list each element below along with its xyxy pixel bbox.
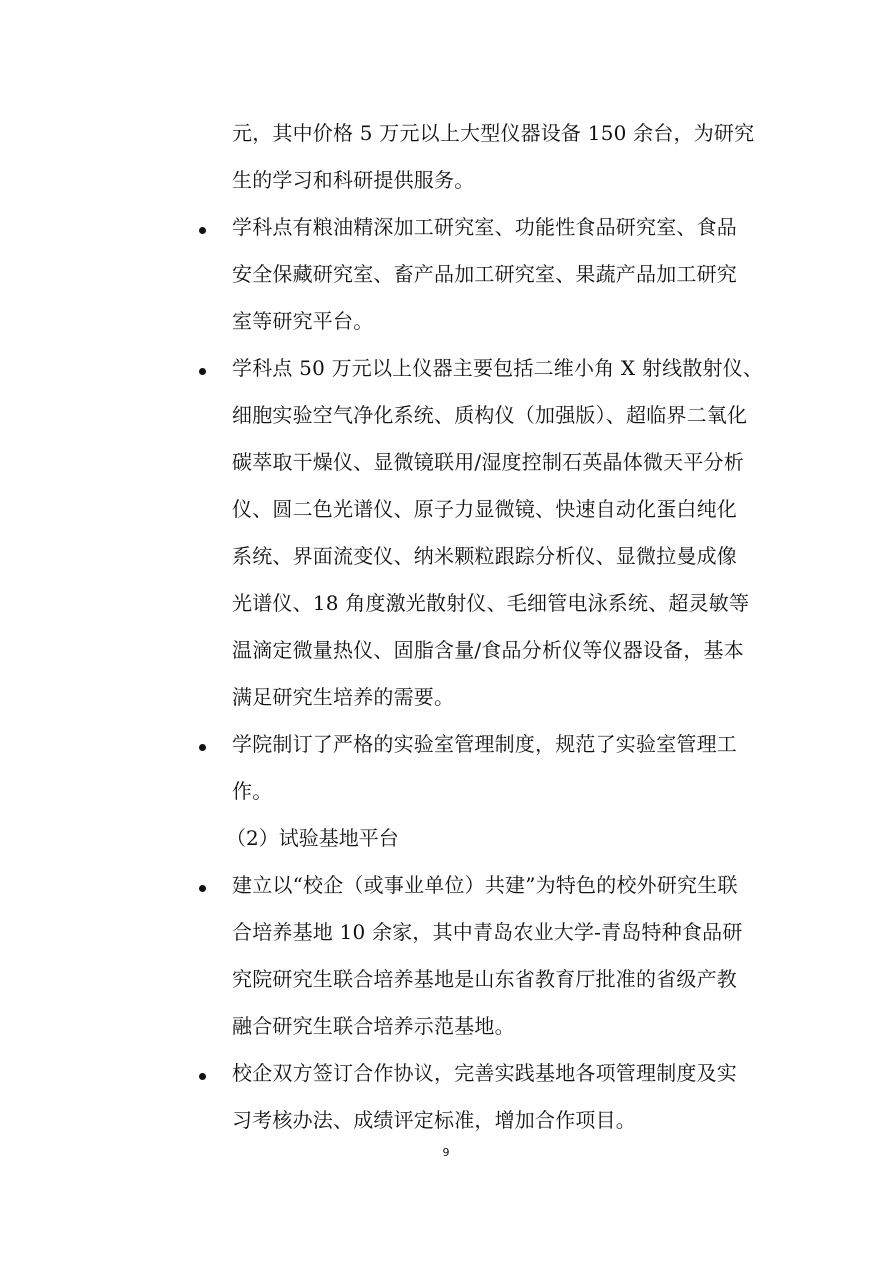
document-page: 元，其中价格 5 万元以上大型仪器设备 150 余台，为研究 生的学习和科研提供… [0, 0, 892, 1261]
bullet-icon [199, 227, 206, 234]
bullet-line: 融合研究生联合培养示范基地。 [232, 1014, 515, 1038]
bullet-line: 室等研究平台。 [232, 309, 373, 333]
bullet-icon [199, 368, 206, 375]
bullet-line: 碳萃取干燥仪、显微镜联用/湿度控制石英晶体微天平分析 [232, 450, 744, 474]
bullet-line: 建立以“校企（或事业单位）共建”为特色的校外研究生联 [232, 873, 738, 897]
bullet-line: 学科点有粮油精深加工研究室、功能性食品研究室、食品 [232, 215, 737, 239]
bullet-icon [199, 885, 206, 892]
bullet-line: 光谱仪、18 角度激光散射仪、毛细管电泳系统、超灵敏等 [232, 591, 749, 615]
bullet-icon [199, 744, 206, 751]
section-subheading: （2）试验基地平台 [226, 826, 399, 850]
bullet-line: 合培养基地 10 余家，其中青岛农业大学-青岛特种食品研 [232, 920, 743, 944]
bullet-line: 安全保藏研究室、畜产品加工研究室、果蔬产品加工研究 [232, 262, 737, 286]
bullet-icon [199, 1073, 206, 1080]
bullet-line: 细胞实验空气净化系统、质构仪（加强版）、超临界二氧化 [232, 403, 747, 427]
bullet-line: 系统、界面流变仪、纳米颗粒跟踪分析仪、显微拉曼成像 [232, 544, 737, 568]
bullet-line: 温滴定微量热仪、固脂含量/食品分析仪等仪器设备，基本 [232, 638, 744, 662]
bullet-line: 学院制订了严格的实验室管理制度，规范了实验室管理工 [232, 732, 737, 756]
paragraph-line: 生的学习和科研提供服务。 [232, 168, 474, 192]
bullet-line: 仪、圆二色光谱仪、原子力显微镜、快速自动化蛋白纯化 [232, 497, 737, 521]
bullet-line: 学科点 50 万元以上仪器主要包括二维小角 X 射线散射仪、 [232, 356, 763, 380]
bullet-line: 作。 [232, 779, 272, 803]
page-number: 9 [0, 1146, 892, 1159]
bullet-line: 满足研究生培养的需要。 [232, 685, 454, 709]
bullet-line: 校企双方签订合作协议，完善实践基地各项管理制度及实 [232, 1061, 737, 1085]
paragraph-line: 元，其中价格 5 万元以上大型仪器设备 150 余台，为研究 [232, 121, 754, 145]
bullet-line: 究院研究生联合培养基地是山东省教育厅批准的省级产教 [232, 967, 737, 991]
bullet-line: 习考核办法、成绩评定标准，增加合作项目。 [232, 1108, 636, 1132]
